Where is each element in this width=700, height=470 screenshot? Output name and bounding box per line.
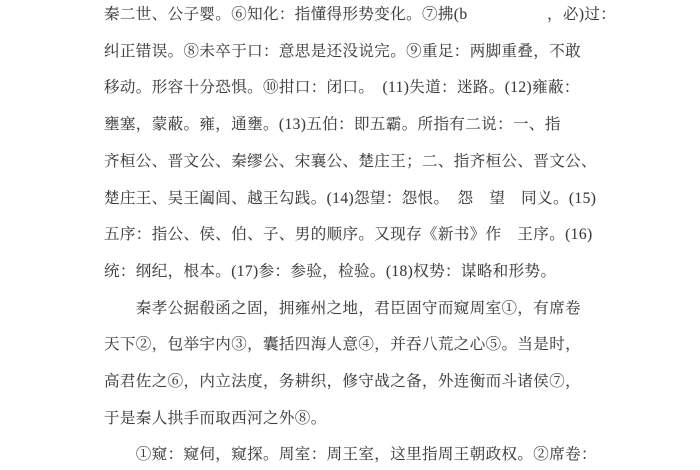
text-line: 天下②，包举宇内③，囊括四海人意④，并吞八荒之心⑤。当是时， [104,327,604,364]
annotation-text-block: 秦二世、公子婴。⑥知化：指懂得形势变化。⑦拂(b ，必)过： 纠正错误。⑧未卒于… [104,0,604,470]
text-line: 高君佐之⑥，内立法度，务耕织，修守战之备，外连衡而斗诸侯⑦， [104,364,604,401]
text-line: 壅塞，蒙蔽。雍，通壅。(13)五伯：即五霸。所指有二说：一、指 [104,107,604,144]
text-line: ①窥：窥伺，窥探。周室：周王室，这里指周王朝政权。②席卷： [104,437,604,470]
text-line: 五序：指公、侯、伯、子、男的顺序。又现存《新书》作 王序。(16) [104,217,604,254]
text-line: 秦二世、公子婴。⑥知化：指懂得形势变化。⑦拂(b ，必)过： [104,0,604,34]
document-page: 秦二世、公子婴。⑥知化：指懂得形势变化。⑦拂(b ，必)过： 纠正错误。⑧未卒于… [0,0,700,470]
text-line: 齐桓公、晋文公、秦缪公、宋襄公、楚庄王；二、指齐桓公、晋文公、 [104,144,604,181]
text-line: 统：纲纪，根本。(17)参：参验，检验。(18)权势：谋略和形势。 [104,254,604,291]
text-line: 纠正错误。⑧未卒于口：意思是还没说完。⑨重足：两脚重叠，不敢 [104,34,604,71]
text-line: 于是秦人拱手而取西河之外⑧。 [104,401,604,438]
text-line: 秦孝公据殽函之固，拥雍州之地，君臣固守而窥周室①，有席卷 [104,291,604,328]
text-line: 移动。形容十分恐惧。⑩拑口：闭口。 (11)失道：迷路。(12)雍蔽： [104,70,604,107]
text-line: 楚庄王、吴王阖闾、越王勾践。(14)怨望：怨恨。 怨 望 同义。(15) [104,181,604,218]
